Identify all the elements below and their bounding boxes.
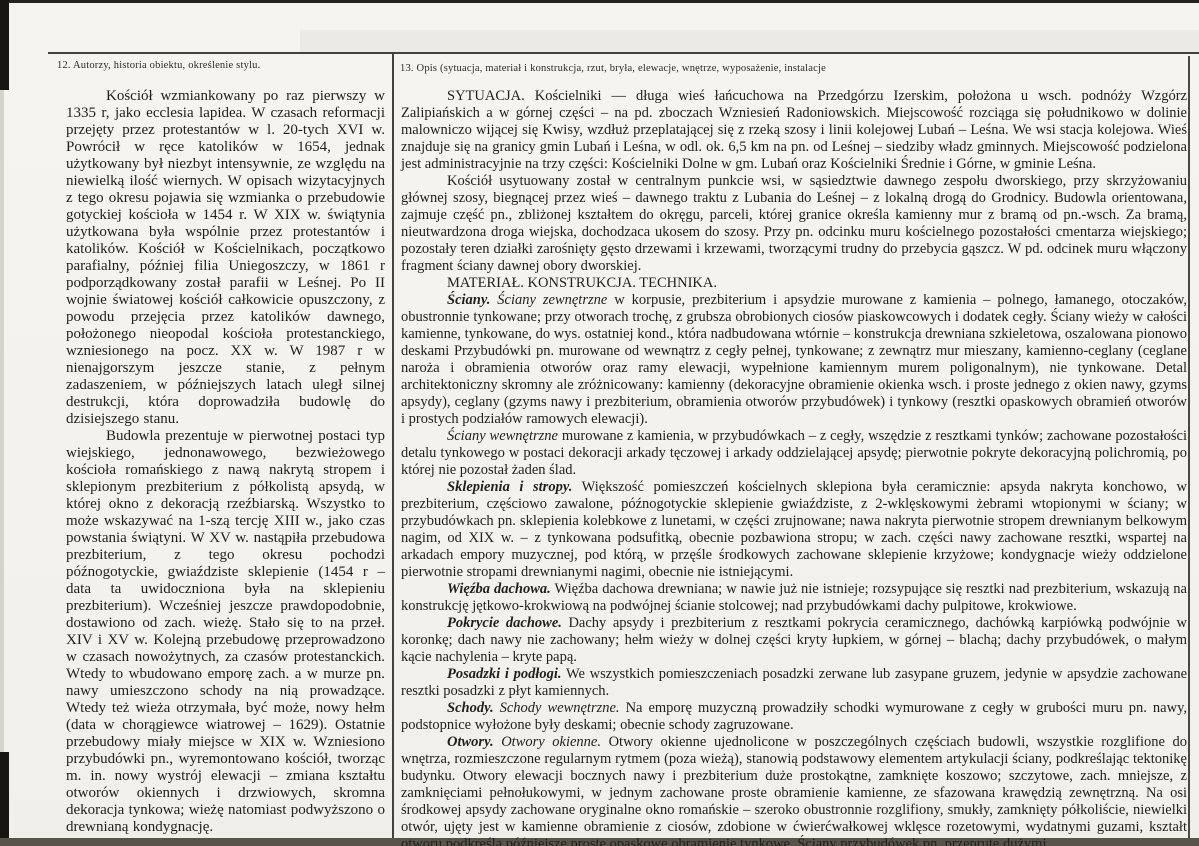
scan-edge-left <box>0 0 4 846</box>
paragraph-text: Kościół usytuowany został w centralnym p… <box>401 173 1187 274</box>
paragraph-roofing: Pokrycie dachowe. Dachy apsydy i prezbit… <box>401 615 1187 666</box>
paragraph-sublead: Otwory okienne. <box>501 734 601 750</box>
right-column: SYTUACJA. Kościelniki — długa wieś łańcu… <box>401 88 1187 846</box>
scan-shadow-band <box>300 30 1199 52</box>
paragraph-roof-truss: Więźba dachowa. Więźba dachowa drewniana… <box>401 581 1187 615</box>
section-header-right: 13. Opis (sytuacja, materiał i konstrukc… <box>400 63 826 74</box>
paragraph-text: Budowla prezentuje w pierwotnej postaci … <box>66 428 385 835</box>
paragraph-vaults-ceilings: Sklepienia i stropy. Większość pomieszcz… <box>401 479 1187 581</box>
section-header-left: 12. Autorzy, historia obiektu, określeni… <box>57 60 260 71</box>
paragraph-lead: SYTUACJA. <box>447 88 525 104</box>
paragraph-history-1: Kościół wzmiankowany po raz pierwszy w 1… <box>66 88 385 428</box>
paragraph-history-2: Budowla prezentuje w pierwotnej postaci … <box>66 428 385 836</box>
paragraph-floors: Posadzki i podłogi. We wszystkich pomies… <box>401 666 1187 700</box>
scan-edge-right <box>1188 56 1190 838</box>
paragraph-lead: Schody. <box>447 700 494 716</box>
paragraph-stairs: Schody. Schody wewnętrzne. Na emporę muz… <box>401 700 1187 734</box>
paragraph-lead: Otwory. <box>447 734 494 750</box>
scanned-document-page: 12. Autorzy, historia obiektu, określeni… <box>0 0 1199 846</box>
paragraph-situation: SYTUACJA. Kościelniki — długa wieś łańcu… <box>401 88 1187 173</box>
paragraph-sublead: Ściany zewnętrzne <box>497 292 607 308</box>
paragraph-text: Otwory okienne ujednolicone w poszczegól… <box>401 734 1187 846</box>
paragraph-lead: Pokrycie dachowe. <box>447 615 562 631</box>
heading-material-construction: MATERIAŁ. KONSTRUKCJA. TECHNIKA. <box>401 275 1187 292</box>
paragraph-openings: Otwory. Otwory okienne. Otwory okienne u… <box>401 734 1187 846</box>
paragraph-walls-interior: Ściany wewnętrzne murowane z kamienia, w… <box>401 428 1187 479</box>
paragraph-lead: Sklepienia i stropy. <box>447 479 572 495</box>
scan-edge-top <box>0 0 1199 3</box>
paragraph-lead: Ściany wewnętrzne <box>447 428 558 444</box>
heading-text: MATERIAŁ. KONSTRUKCJA. TECHNIKA. <box>447 275 717 291</box>
paragraph-text: Kościół wzmiankowany po raz pierwszy w 1… <box>66 88 385 427</box>
paragraph-church-location: Kościół usytuowany został w centralnym p… <box>401 173 1187 275</box>
header-rule <box>48 52 1199 54</box>
paragraph-sublead: Schody wewnętrzne. <box>500 700 620 716</box>
paragraph-lead: Posadzki i podłogi. <box>447 666 562 682</box>
scan-edge-left-top <box>0 0 9 90</box>
paragraph-text: w korpusie, prezbiterium i apsydzie muro… <box>401 292 1187 427</box>
paragraph-lead: Ściany. <box>447 292 490 308</box>
scan-edge-left-bottom <box>0 752 9 846</box>
paragraph-walls-exterior: Ściany. Ściany zewnętrzne w korpusie, pr… <box>401 292 1187 428</box>
column-divider <box>392 53 394 838</box>
paragraph-lead: Więźba dachowa. <box>447 581 551 597</box>
left-column: Kościół wzmiankowany po raz pierwszy w 1… <box>66 88 385 836</box>
